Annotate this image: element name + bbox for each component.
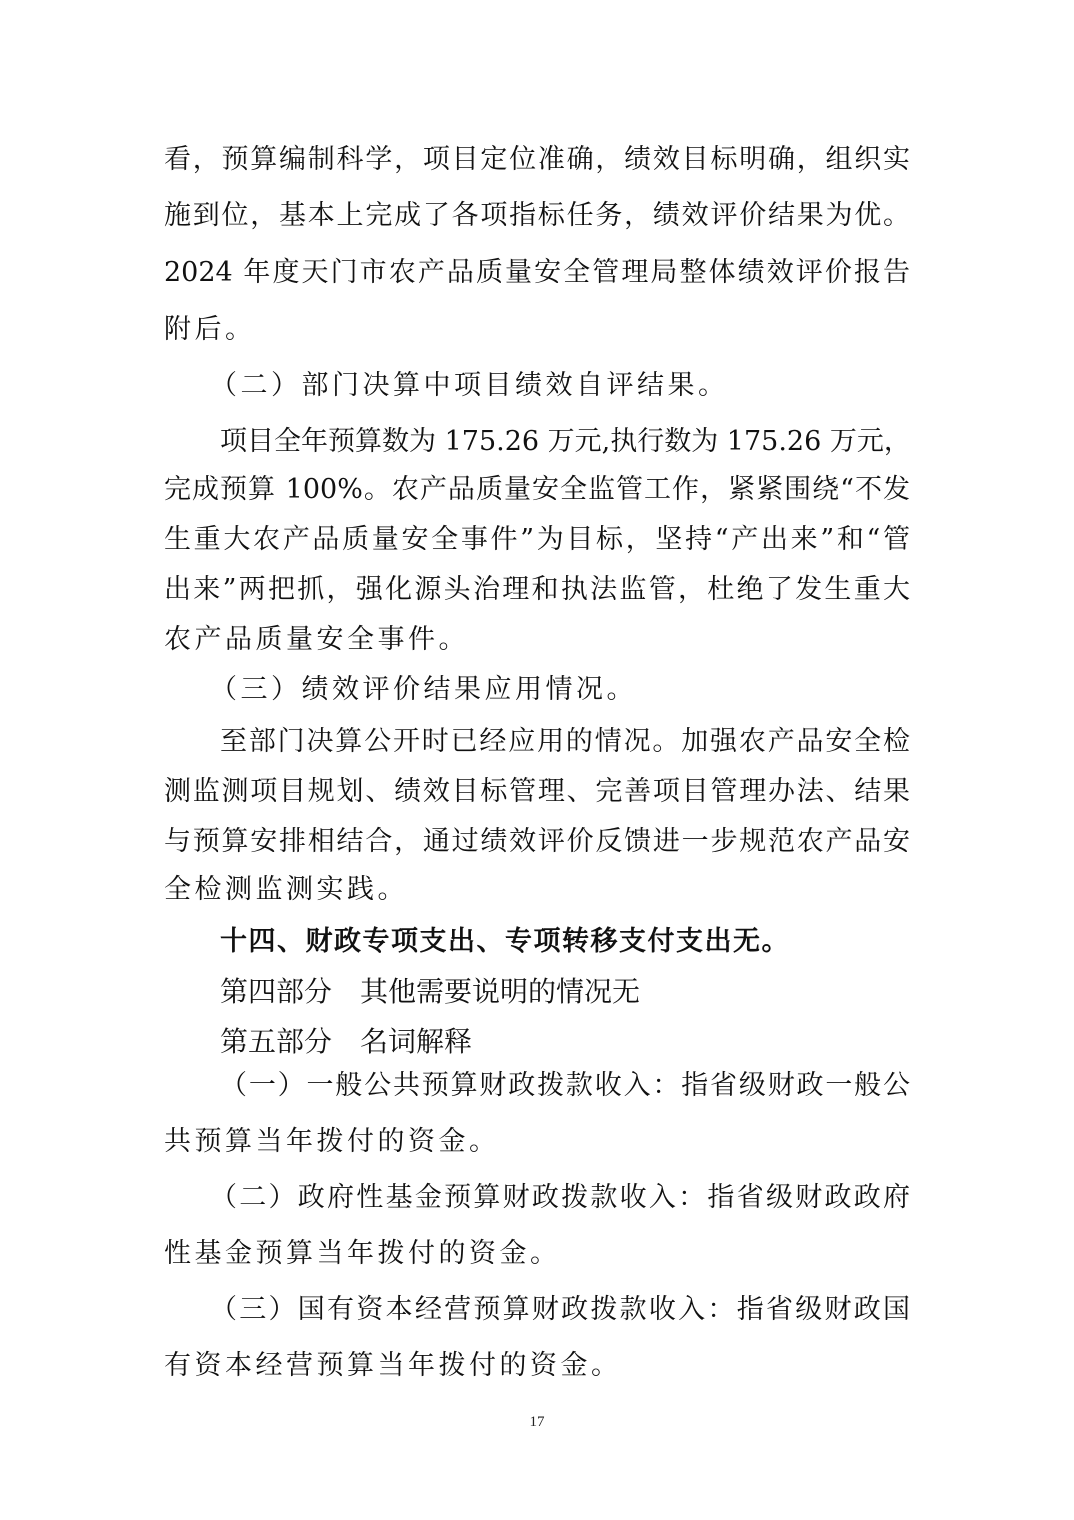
paragraph-line: 测监测项目规划、绩效目标管理、完善项目管理办法、结果 (164, 774, 910, 810)
paragraph-line: 看，预算编制科学，项目定位准确，绩效目标明确，组织实 (164, 142, 910, 178)
part-four-heading: 第四部分 其他需要说明的情况无 (220, 974, 910, 1010)
paragraph-line: 施到位，基本上完成了各项指标任务，绩效评价结果为优。 (164, 198, 910, 234)
paragraph-line: 项目全年预算数为 175.26 万元,执行数为 175.26 万元， (220, 424, 910, 460)
subheading-result-application: （三）绩效评价结果应用情况。 (210, 672, 900, 708)
paragraph-line: 至部门决算公开时已经应用的情况。加强农产品安全检 (220, 724, 910, 760)
subheading-project-self-evaluation: （二）部门决算中项目绩效自评结果。 (210, 368, 900, 404)
definition-line: 性基金预算当年拨付的资金。 (164, 1236, 910, 1272)
paragraph-line: 农产品质量安全事件。 (164, 622, 910, 658)
document-page: 看，预算编制科学，项目定位准确，绩效目标明确，组织实 施到位，基本上完成了各项指… (0, 0, 1074, 1520)
page-number: 17 (0, 1414, 1074, 1431)
definition-line: （一）一般公共预算财政拨款收入：指省级财政一般公 (220, 1068, 910, 1104)
section-heading-fourteen: 十四、财政专项支出、专项转移支付支出无。 (220, 924, 910, 960)
paragraph-line: 全检测监测实践。 (164, 872, 910, 908)
definition-line: （二）政府性基金预算财政拨款收入：指省级财政政府 (210, 1180, 910, 1216)
paragraph-line: 完成预算 100%。农产品质量安全监管工作，紧紧围绕“不发 (164, 472, 910, 508)
paragraph-line: 2024 年度天门市农产品质量安全管理局整体绩效评价报告 (164, 255, 910, 291)
paragraph-line: 出来”两把抓，强化源头治理和执法监管，杜绝了发生重大 (164, 572, 910, 608)
part-five-heading: 第五部分 名词解释 (220, 1024, 910, 1060)
definition-line: 共预算当年拨付的资金。 (164, 1124, 910, 1160)
paragraph-line: 附后。 (164, 312, 910, 348)
definition-line: （三）国有资本经营预算财政拨款收入：指省级财政国 (210, 1292, 910, 1328)
definition-line: 有资本经营预算当年拨付的资金。 (164, 1348, 910, 1384)
paragraph-line: 生重大农产品质量安全事件”为目标，坚持“产出来”和“管 (164, 522, 910, 558)
paragraph-line: 与预算安排相结合，通过绩效评价反馈进一步规范农产品安 (164, 824, 910, 860)
